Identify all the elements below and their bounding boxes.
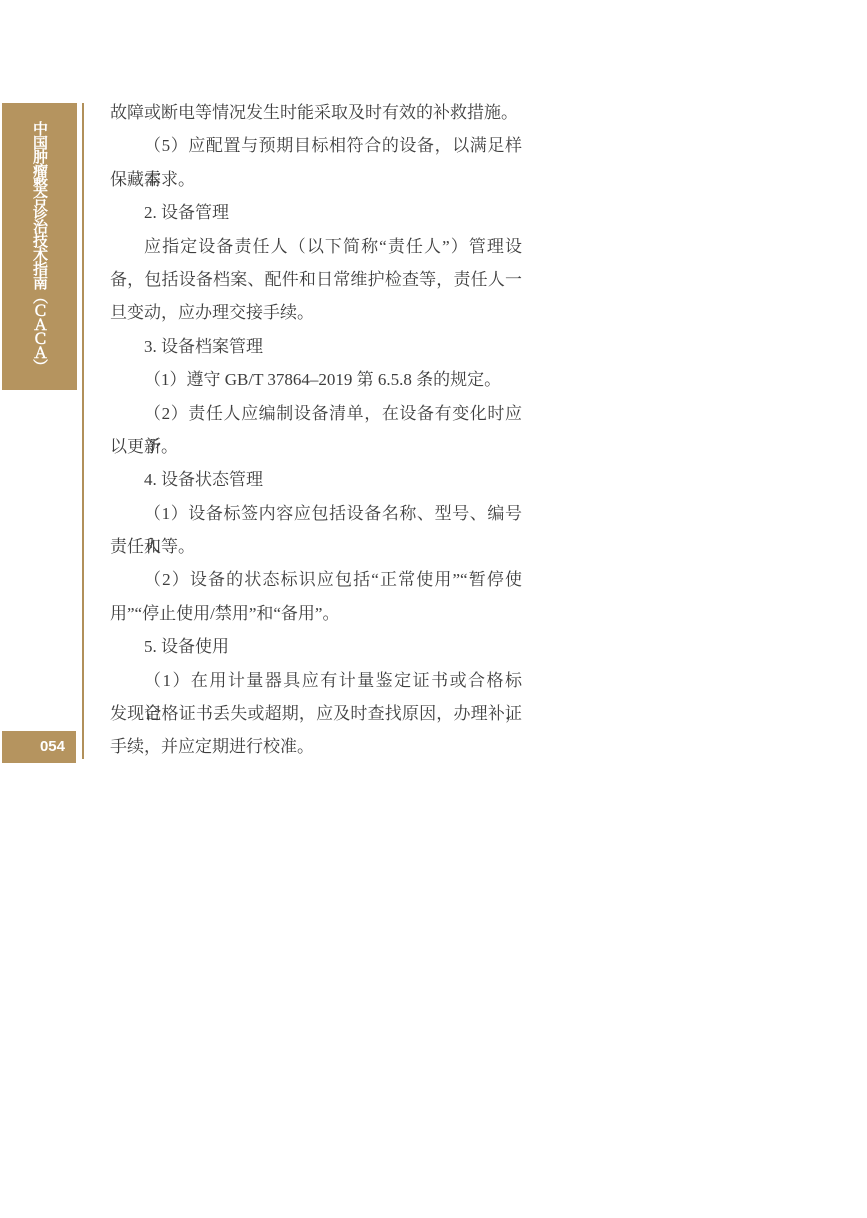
text-line: （1）遵守 GB/T 37864–2019 第 6.5.8 条的规定。 <box>110 363 522 396</box>
text-line: 应指定设备责任人（以下简称“责任人”）管理设 <box>110 230 522 263</box>
text-line: 旦变动，应办理交接手续。 <box>110 296 522 329</box>
book-title-vertical: 中国肿瘤整合诊治技术指南（ＣＡＣＡ） <box>2 103 77 390</box>
text-line: （1）设备标签内容应包括设备名称、型号、编号和 <box>110 497 522 530</box>
text-line: （5）应配置与预期目标相符合的设备，以满足样本 <box>110 129 522 162</box>
text-line: 发现合格证书丢失或超期，应及时查找原因，办理补证 <box>110 697 522 730</box>
text-line: （2）设备的状态标识应包括“正常使用”“暂停使 <box>110 563 522 596</box>
text-line: 保藏需求。 <box>110 163 522 196</box>
text-line: 故障或断电等情况发生时能采取及时有效的补救措施。 <box>110 96 522 129</box>
text-line: （2）责任人应编制设备清单，在设备有变化时应予 <box>110 397 522 430</box>
book-page: 中国肿瘤整合诊治技术指南（ＣＡＣＡ） 054 故障或断电等情况发生时能采取及时有… <box>0 0 867 1218</box>
page-number-badge: 054 <box>2 731 76 763</box>
text-line: 3. 设备档案管理 <box>110 330 522 363</box>
text-line: 手续，并应定期进行校准。 <box>110 730 522 763</box>
text-line: 备，包括设备档案、配件和日常维护检查等，责任人一 <box>110 263 522 296</box>
text-line: 4. 设备状态管理 <box>110 463 522 496</box>
text-line: 以更新。 <box>110 430 522 463</box>
text-line: 责任人等。 <box>110 530 522 563</box>
vertical-divider-rule <box>82 103 84 759</box>
text-line: 用”“停止使用/禁用”和“备用”。 <box>110 597 522 630</box>
sidebar-banner: 中国肿瘤整合诊治技术指南（ＣＡＣＡ） <box>2 103 77 390</box>
text-line: 2. 设备管理 <box>110 196 522 229</box>
text-line: 5. 设备使用 <box>110 630 522 663</box>
text-line: （1）在用计量器具应有计量鉴定证书或合格标记， <box>110 664 522 697</box>
body-text-block: 故障或断电等情况发生时能采取及时有效的补救措施。（5）应配置与预期目标相符合的设… <box>110 96 522 764</box>
